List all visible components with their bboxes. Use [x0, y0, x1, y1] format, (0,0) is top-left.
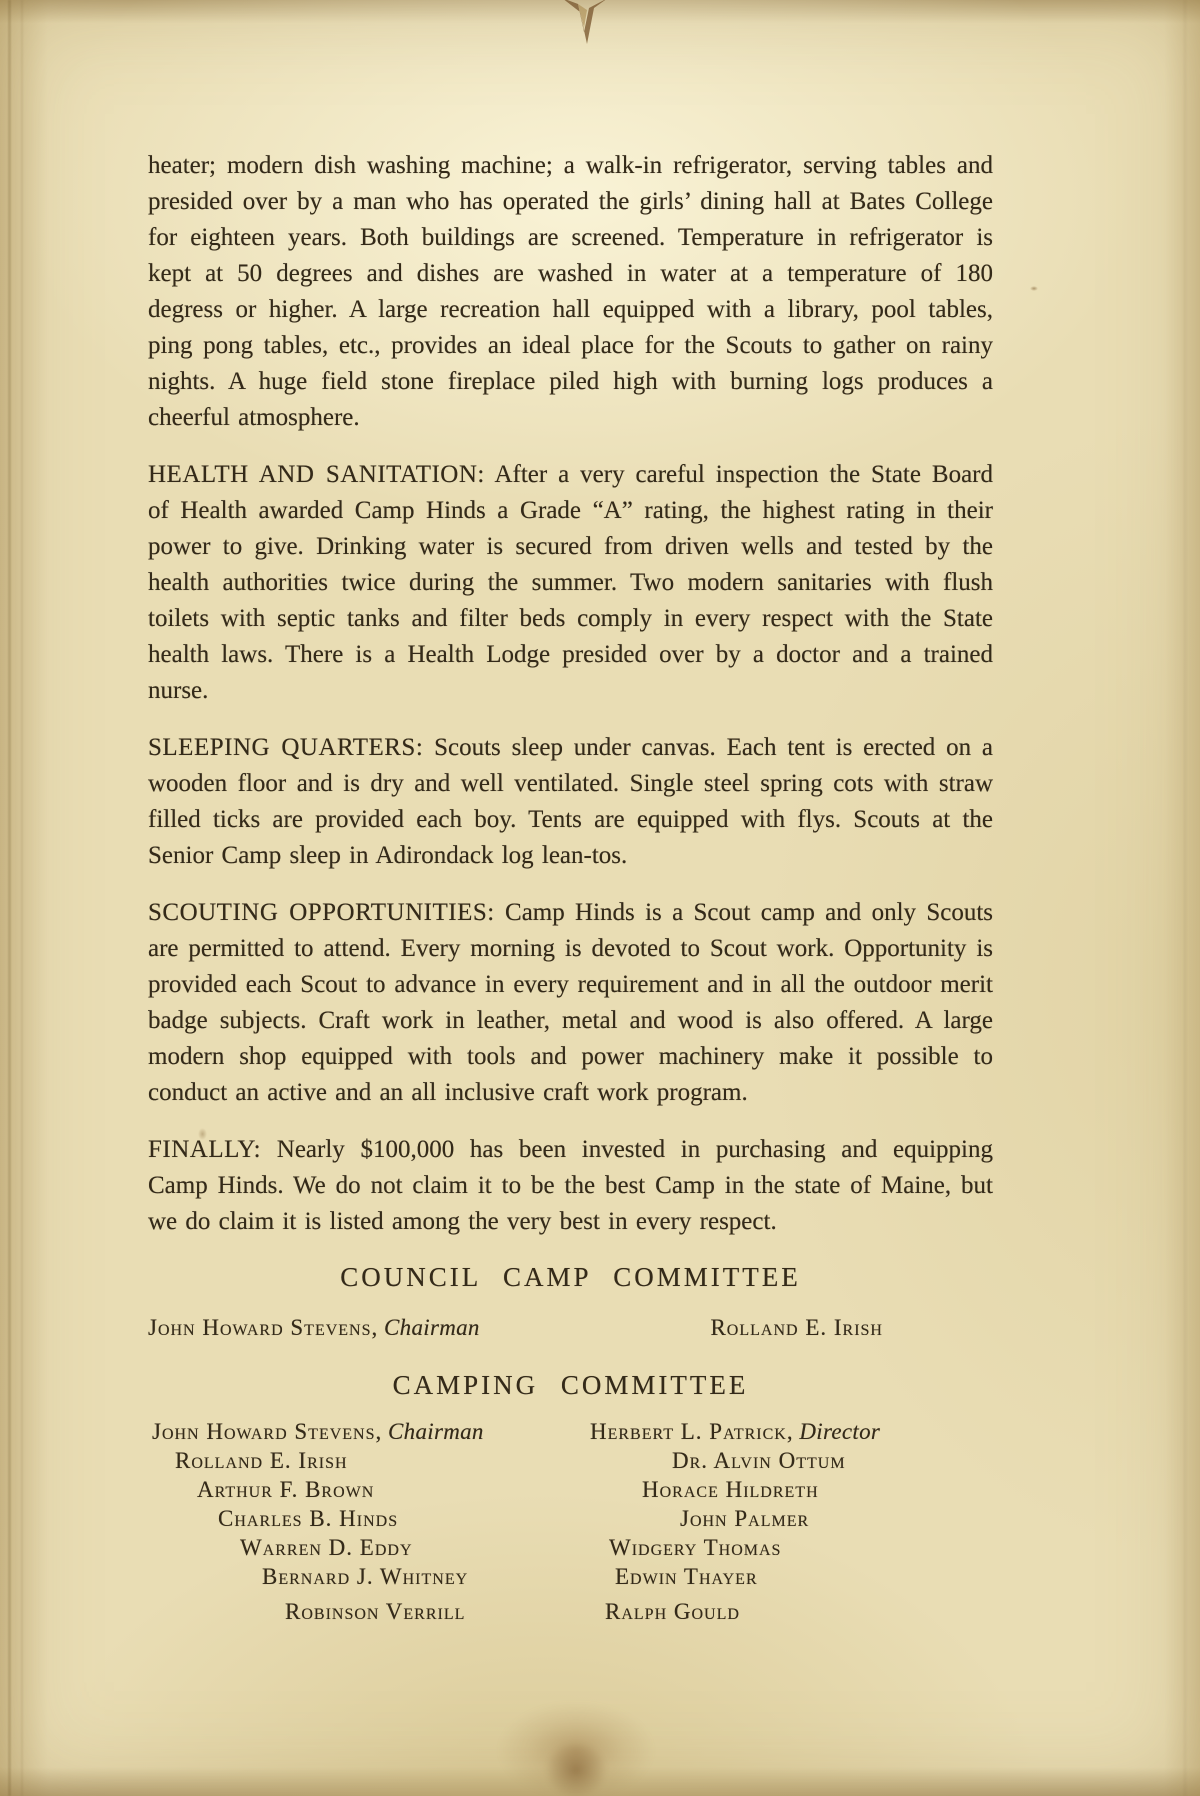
committee-member: John Howard Stevens, Chairman: [148, 1313, 480, 1343]
scanned-brochure-page: heater; modern dish washing machine; a w…: [0, 0, 1200, 1796]
member-name: Edwin Thayer: [615, 1564, 758, 1589]
paragraph-scouting-opportunities: SCOUTING OPPORTUNITIES: Camp Hinds is a …: [148, 895, 993, 1111]
member-name: Charles B. Hinds: [218, 1506, 398, 1531]
committee-member: Edwin Thayer: [615, 1562, 993, 1591]
committee-member: Horace Hildreth: [642, 1475, 993, 1504]
paper-stain: [498, 1702, 654, 1796]
member-name: Rolland E. Irish: [710, 1315, 883, 1340]
committee-member: Warren D. Eddy: [240, 1533, 580, 1562]
member-name: Arthur F. Brown: [197, 1477, 374, 1502]
paragraph-dining-equipment: heater; modern dish washing machine; a w…: [148, 148, 993, 436]
member-role: Director: [799, 1419, 880, 1444]
committee-member: John Howard Stevens, Chairman: [152, 1417, 580, 1446]
member-name: John Palmer: [680, 1506, 809, 1531]
committee-member: Arthur F. Brown: [197, 1475, 580, 1504]
member-name: Horace Hildreth: [642, 1477, 819, 1502]
committee-member: Widgery Thomas: [609, 1533, 993, 1562]
council-camp-committee-section: COUNCIL CAMP COMMITTEE John Howard Steve…: [148, 1261, 993, 1343]
committee-member: Dr. Alvin Ottum: [672, 1446, 993, 1475]
council-committee-members: John Howard Stevens, Chairman Rolland E.…: [148, 1313, 993, 1343]
committee-member: John Palmer: [680, 1504, 993, 1533]
member-name: Ralph Gould: [605, 1599, 740, 1624]
paper-crease: [1184, 0, 1186, 1796]
paragraph-sleeping-quarters: SLEEPING QUARTERS: Scouts sleep under ca…: [148, 730, 993, 874]
committee-member: Charles B. Hinds: [218, 1504, 580, 1533]
paragraph-text: After a very careful inspection the Stat…: [148, 461, 993, 704]
camping-committee-section: CAMPING COMMITTEE John Howard Stevens, C…: [148, 1369, 993, 1626]
paper-stain: [545, 1742, 607, 1796]
paragraph-text: Nearly $100,000 has been invested in pur…: [148, 1136, 993, 1235]
camping-committee-columns: John Howard Stevens, Chairman Rolland E.…: [148, 1417, 993, 1626]
member-name: Rolland E. Irish: [175, 1448, 348, 1473]
section-lead-finally: FINALLY:: [148, 1136, 261, 1163]
committee-member: Bernard J. Whitney: [262, 1562, 580, 1591]
page-text-block: heater; modern dish washing machine; a w…: [148, 148, 993, 1626]
paragraph-health-and-sanitation: HEALTH AND SANITATION: After a very care…: [148, 457, 993, 709]
paper-crease: [21, 0, 23, 1796]
committee-member: Ralph Gould: [605, 1597, 993, 1626]
member-name: Warren D. Eddy: [240, 1535, 413, 1560]
camping-committee-heading: CAMPING COMMITTEE: [148, 1369, 993, 1401]
paper-tear-mark: [556, 0, 616, 46]
paper-crease: [8, 0, 11, 1796]
member-name: Robinson Verrill: [285, 1599, 465, 1624]
member-role: Chairman: [384, 1315, 480, 1340]
committee-member: Robinson Verrill: [285, 1597, 580, 1626]
paragraph-text: Camp Hinds is a Scout camp and only Scou…: [148, 899, 993, 1106]
member-role: Chairman: [388, 1419, 484, 1444]
member-name: John Howard Stevens,: [148, 1315, 378, 1340]
member-name: Widgery Thomas: [609, 1535, 781, 1560]
member-name: Bernard J. Whitney: [262, 1564, 468, 1589]
paper-speck: [1030, 286, 1038, 291]
camping-committee-left-column: John Howard Stevens, Chairman Rolland E.…: [148, 1417, 580, 1626]
committee-member: Rolland E. Irish: [710, 1313, 883, 1343]
member-name: Dr. Alvin Ottum: [672, 1448, 846, 1473]
paragraph-text: heater; modern dish washing machine; a w…: [148, 152, 993, 431]
section-lead-scouting-opportunities: SCOUTING OPPORTUNITIES:: [148, 899, 495, 926]
committee-member: Rolland E. Irish: [175, 1446, 580, 1475]
member-name: Herbert L. Patrick,: [590, 1419, 794, 1444]
section-lead-health-and-sanitation: HEALTH AND SANITATION:: [148, 461, 485, 488]
camping-committee-right-column: Herbert L. Patrick, Director Dr. Alvin O…: [580, 1417, 993, 1626]
paragraph-finally: FINALLY: Nearly $100,000 has been invest…: [148, 1132, 993, 1240]
council-committee-heading: COUNCIL CAMP COMMITTEE: [148, 1261, 993, 1293]
section-lead-sleeping-quarters: SLEEPING QUARTERS:: [148, 734, 423, 761]
committee-member: Herbert L. Patrick, Director: [590, 1417, 993, 1446]
member-name: John Howard Stevens,: [152, 1419, 382, 1444]
